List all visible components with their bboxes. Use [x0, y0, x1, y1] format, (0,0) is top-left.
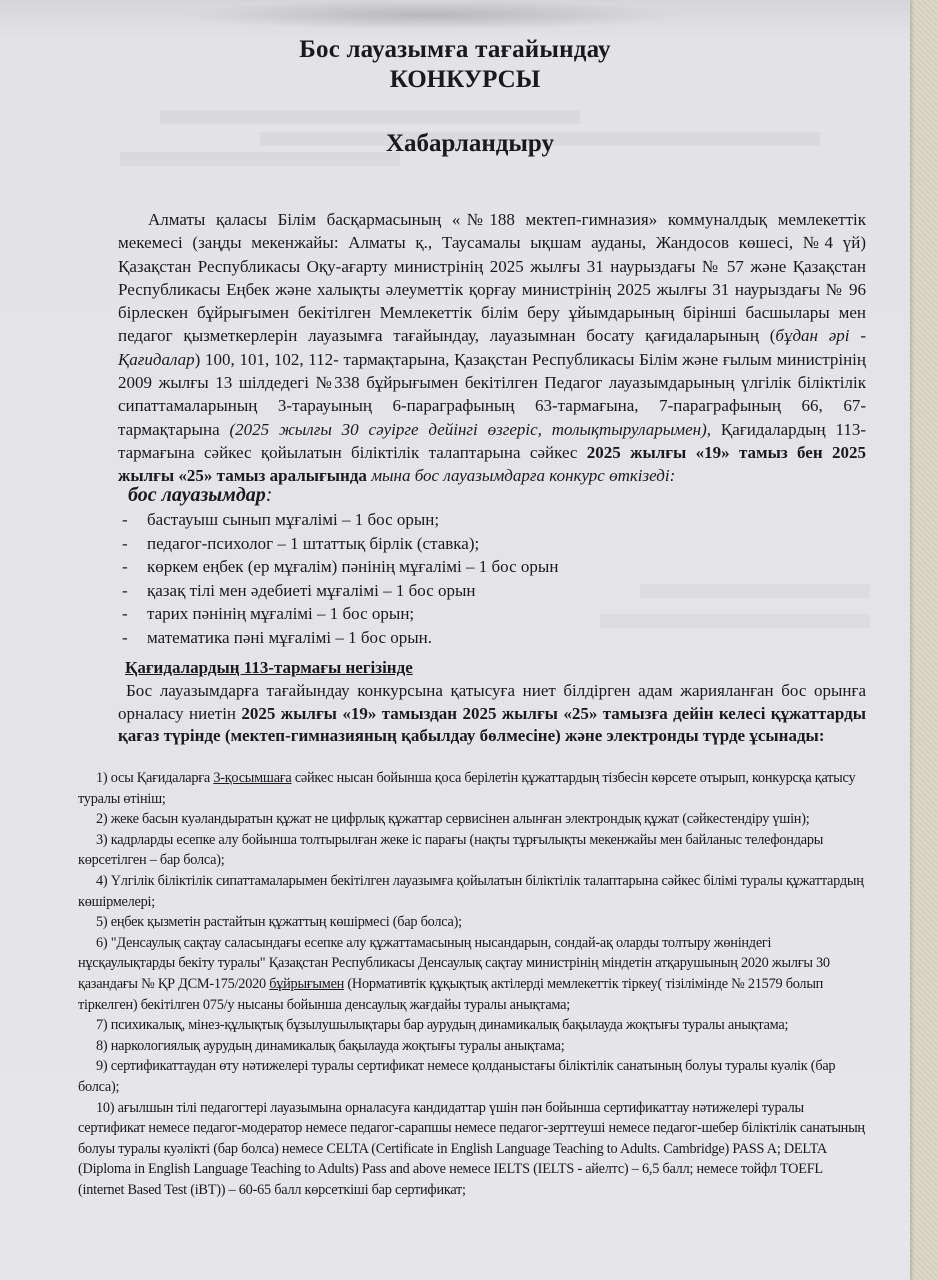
bullet-dash: -	[122, 602, 147, 626]
bleed-through-shadow	[600, 614, 870, 628]
bullet-dash: -	[122, 508, 147, 532]
section-heading: Қағидалардың 113-тармағы негізінде	[125, 658, 413, 678]
document-page: Бос лауазымға тағайындау КОНКУРСЫ Хабарл…	[0, 0, 910, 1280]
vacancy-label: тарих пәнінің мұғалімі – 1 бос орын;	[147, 602, 414, 626]
document-title: Бос лауазымға тағайындау	[0, 36, 910, 64]
vacancy-item: -педагог-психолог – 1 штаттық бірлік (ст…	[122, 532, 558, 556]
bullet-dash: -	[122, 626, 147, 650]
vacancies-heading: бос лауазымдар:	[128, 484, 272, 507]
section-paragraph: Бос лауазымдарға тағайындау конкурсына қ…	[118, 680, 866, 748]
reference-link[interactable]: бұйрығымен	[269, 976, 344, 992]
requirement-text: 8) наркологиялық аурудың динамикалық бақ…	[96, 1038, 564, 1054]
vacancy-label: бастауыш сынып мұғалімі – 1 бос орын;	[147, 508, 439, 532]
vacancy-item: -қазақ тілі мен әдебиеті мұғалімі – 1 бо…	[122, 579, 558, 603]
requirement-text: 5) еңбек қызметін растайтын құжаттың көш…	[96, 914, 462, 930]
vacancy-item: -көркем еңбек (ер мұғалім) пәнінің мұғал…	[122, 555, 558, 579]
bullet-dash: -	[122, 579, 147, 603]
vacancy-label: қазақ тілі мен әдебиеті мұғалімі – 1 бос…	[147, 579, 476, 603]
document-requirement-item: 8) наркологиялық аурудың динамикалық бақ…	[78, 1036, 870, 1057]
bullet-dash: -	[122, 532, 147, 556]
bullet-dash: -	[122, 555, 147, 579]
intro-paragraph: Алматы қаласы Білім басқармасының «№188 …	[118, 208, 866, 488]
vacancy-label: математика пәні мұғалімі – 1 бос орын.	[147, 626, 432, 650]
bleed-through-shadow	[160, 110, 580, 124]
bleed-through-shadow	[640, 584, 870, 598]
reference-link[interactable]: 3-қосымшаға	[213, 770, 291, 786]
document-requirement-item: 2) жеке басын куәландыратын құжат не циф…	[78, 809, 870, 830]
requirement-text: 10) ағылшын тілі педагогтері лауазымына …	[78, 1100, 865, 1198]
vacancy-item: -тарих пәнінің мұғалімі – 1 бос орын;	[122, 602, 558, 626]
requirement-text: 7) психикалық, мінез-құлықтық бұзылушылы…	[96, 1017, 788, 1033]
requirement-text: 9) сертификаттаудан өту нәтижелері турал…	[78, 1058, 835, 1095]
document-requirement-item: 4) Үлгілік біліктілік сипаттамаларымен б…	[78, 871, 870, 912]
requirement-text: 3) кадрларды есепке алу бойынша толтырыл…	[78, 832, 823, 869]
document-requirement-item: 10) ағылшын тілі педагогтері лауазымына …	[78, 1098, 870, 1201]
document-requirement-item: 7) психикалық, мінез-құлықтық бұзылушылы…	[78, 1015, 870, 1036]
camera-shadow	[180, 0, 680, 30]
announcement-heading: Хабарландыру	[0, 130, 910, 158]
vacancy-item: -бастауыш сынып мұғалімі – 1 бос орын;	[122, 508, 558, 532]
requirement-text: 2) жеке басын куәландыратын құжат не циф…	[96, 811, 809, 827]
document-requirement-item: 6) "Денсаулық сақтау саласындағы есепке …	[78, 933, 870, 1015]
vacancy-label: педагог-психолог – 1 штаттық бірлік (ста…	[147, 532, 479, 556]
document-requirement-item: 3) кадрларды есепке алу бойынша толтырыл…	[78, 830, 870, 871]
vacancy-item: -математика пәні мұғалімі – 1 бос орын.	[122, 626, 558, 650]
vacancy-label: көркем еңбек (ер мұғалім) пәнінің мұғалі…	[147, 555, 558, 579]
document-requirement-item: 9) сертификаттаудан өту нәтижелері турал…	[78, 1056, 870, 1097]
vacancies-list: -бастауыш сынып мұғалімі – 1 бос орын;-п…	[122, 508, 558, 649]
document-title-contest: КОНКУРСЫ	[0, 66, 910, 94]
document-requirement-item: 5) еңбек қызметін растайтын құжаттың көш…	[78, 912, 870, 933]
requirement-text: 1) осы Қағидаларға	[96, 770, 213, 786]
document-requirement-item: 1) осы Қағидаларға 3-қосымшаға сәйкес ны…	[78, 768, 870, 809]
required-documents-list: 1) осы Қағидаларға 3-қосымшаға сәйкес ны…	[78, 768, 870, 1200]
requirement-text: 4) Үлгілік біліктілік сипаттамаларымен б…	[78, 873, 864, 910]
